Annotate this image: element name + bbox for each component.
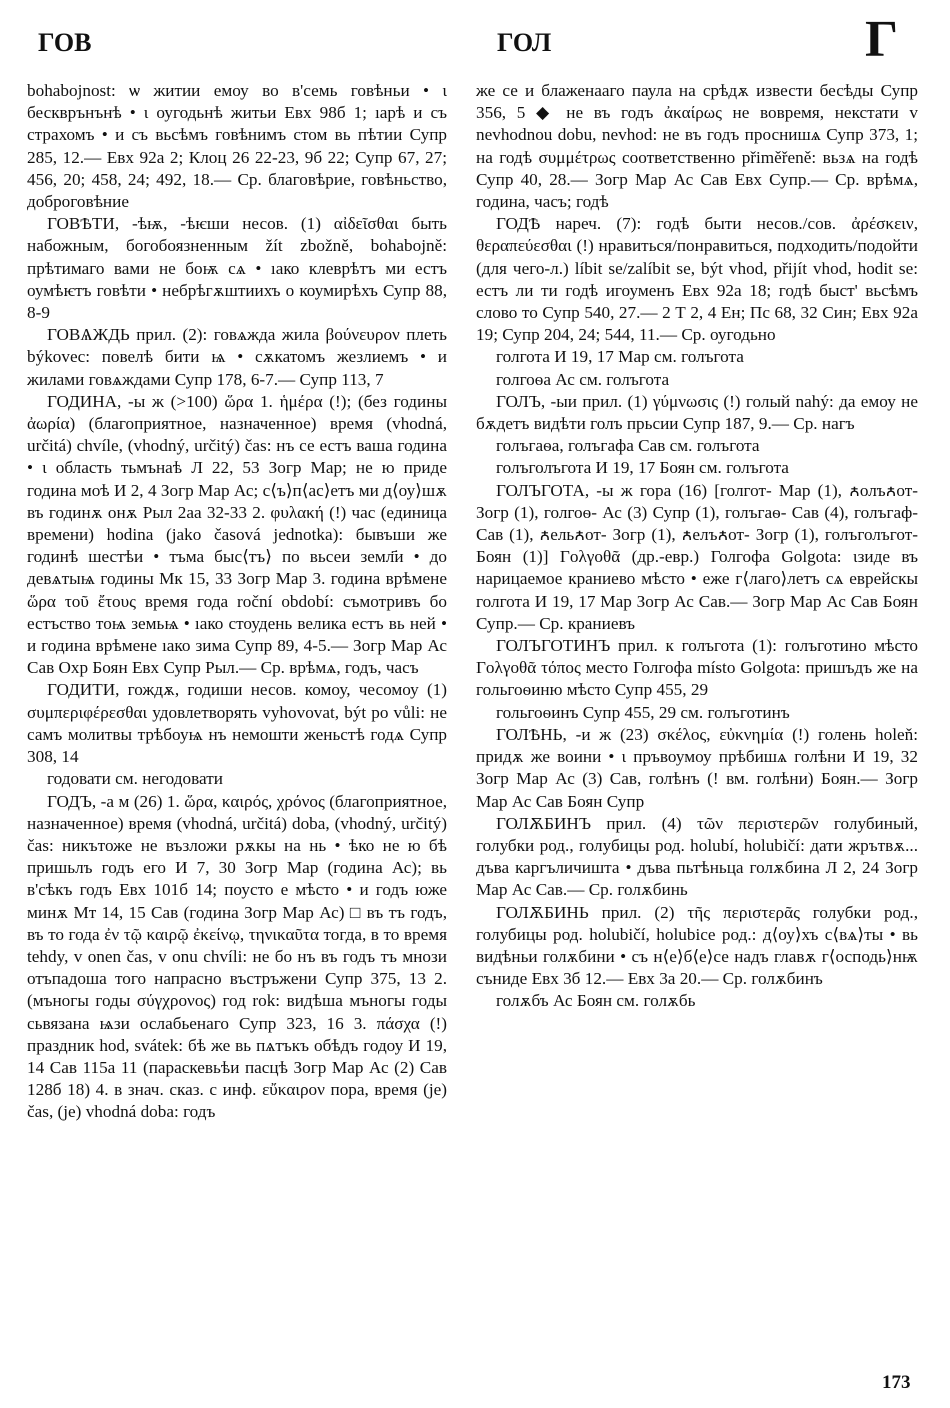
entry-golen: ГОЛѢНЬ, -и ж (23) σκέλος, εὐκνημία (!) г… xyxy=(476,724,918,813)
entry-golubin-soft: ГОЛѪБИНЬ прил. (2) τῆς περιστερᾶς голубк… xyxy=(476,902,918,991)
running-head-left: ГОВ xyxy=(38,28,91,58)
entry-golub-ref: голѫбъ Ас Боян см. голѫбь xyxy=(476,990,918,1012)
entry-golgotin: ГОЛЪГОТИНЪ прил. к голъгота (1): голъгот… xyxy=(476,635,918,702)
entry-golgota-ref: голгота И 19, 17 Мар см. голъгота xyxy=(476,346,918,368)
right-column: же се и блаженааго паула на срѣдѫ извест… xyxy=(476,80,918,1013)
entry-god-continuation: же се и блаженааго паула на срѣдѫ извест… xyxy=(476,80,918,213)
entry-gol: ГОЛЪ, -ыи прил. (1) γύμνωσις (!) голый n… xyxy=(476,391,918,435)
entry-gode: ГОДѢ нареч. (7): годѣ быти несов./сов. ἀ… xyxy=(476,213,918,346)
entry-golgolgota-ref: голъголъгота И 19, 17 Боян см. голъгота xyxy=(476,457,918,479)
entry-govezhd: ГОВѦЖДЬ прил. (2): говѧжда жила βούνευρο… xyxy=(27,324,447,391)
entry-golgafa-ref: голъгаѳа, голъгафа Сав см. голъгота xyxy=(476,435,918,457)
entry-golgofin-ref: гольгоѳинъ Супр 455, 29 см. голъготинъ xyxy=(476,702,918,724)
entry-govieti: ГОВѢТИ, -ѣѭ, -ѣѥши несов. (1) αἰδεῖσθαι … xyxy=(27,213,447,324)
entry-golgofa-ref: голгоѳа Ас см. голъгота xyxy=(476,369,918,391)
entry-continuation: bohabojnost: ѡ житии емоу во в'семь говѣ… xyxy=(27,80,447,213)
page-number: 173 xyxy=(882,1372,911,1394)
entry-golubin: ГОЛѪБИНЪ прил. (4) τῶν περιστερῶν голуби… xyxy=(476,813,918,902)
running-head-right: ГОЛ xyxy=(497,28,551,58)
section-letter: Г xyxy=(865,14,898,66)
entry-golgota: ГОЛЪГОТА, -ы ж гора (16) [голгот- Мар (1… xyxy=(476,480,918,635)
entry-goditi: ГОДИТИ, гождѫ, годиши несов. комоу, чесо… xyxy=(27,679,447,768)
entry-god: ГОДЪ, -а м (26) 1. ὥρα, καιρός, χρόνος (… xyxy=(27,791,447,1124)
left-column: bohabojnost: ѡ житии емоу во в'семь говѣ… xyxy=(27,80,447,1124)
entry-godina: ГОДИНА, -ы ж (>100) ὥρα 1. ἡμέρα (!); (б… xyxy=(27,391,447,680)
entry-godovati-ref: годовати см. негодовати xyxy=(27,768,447,790)
